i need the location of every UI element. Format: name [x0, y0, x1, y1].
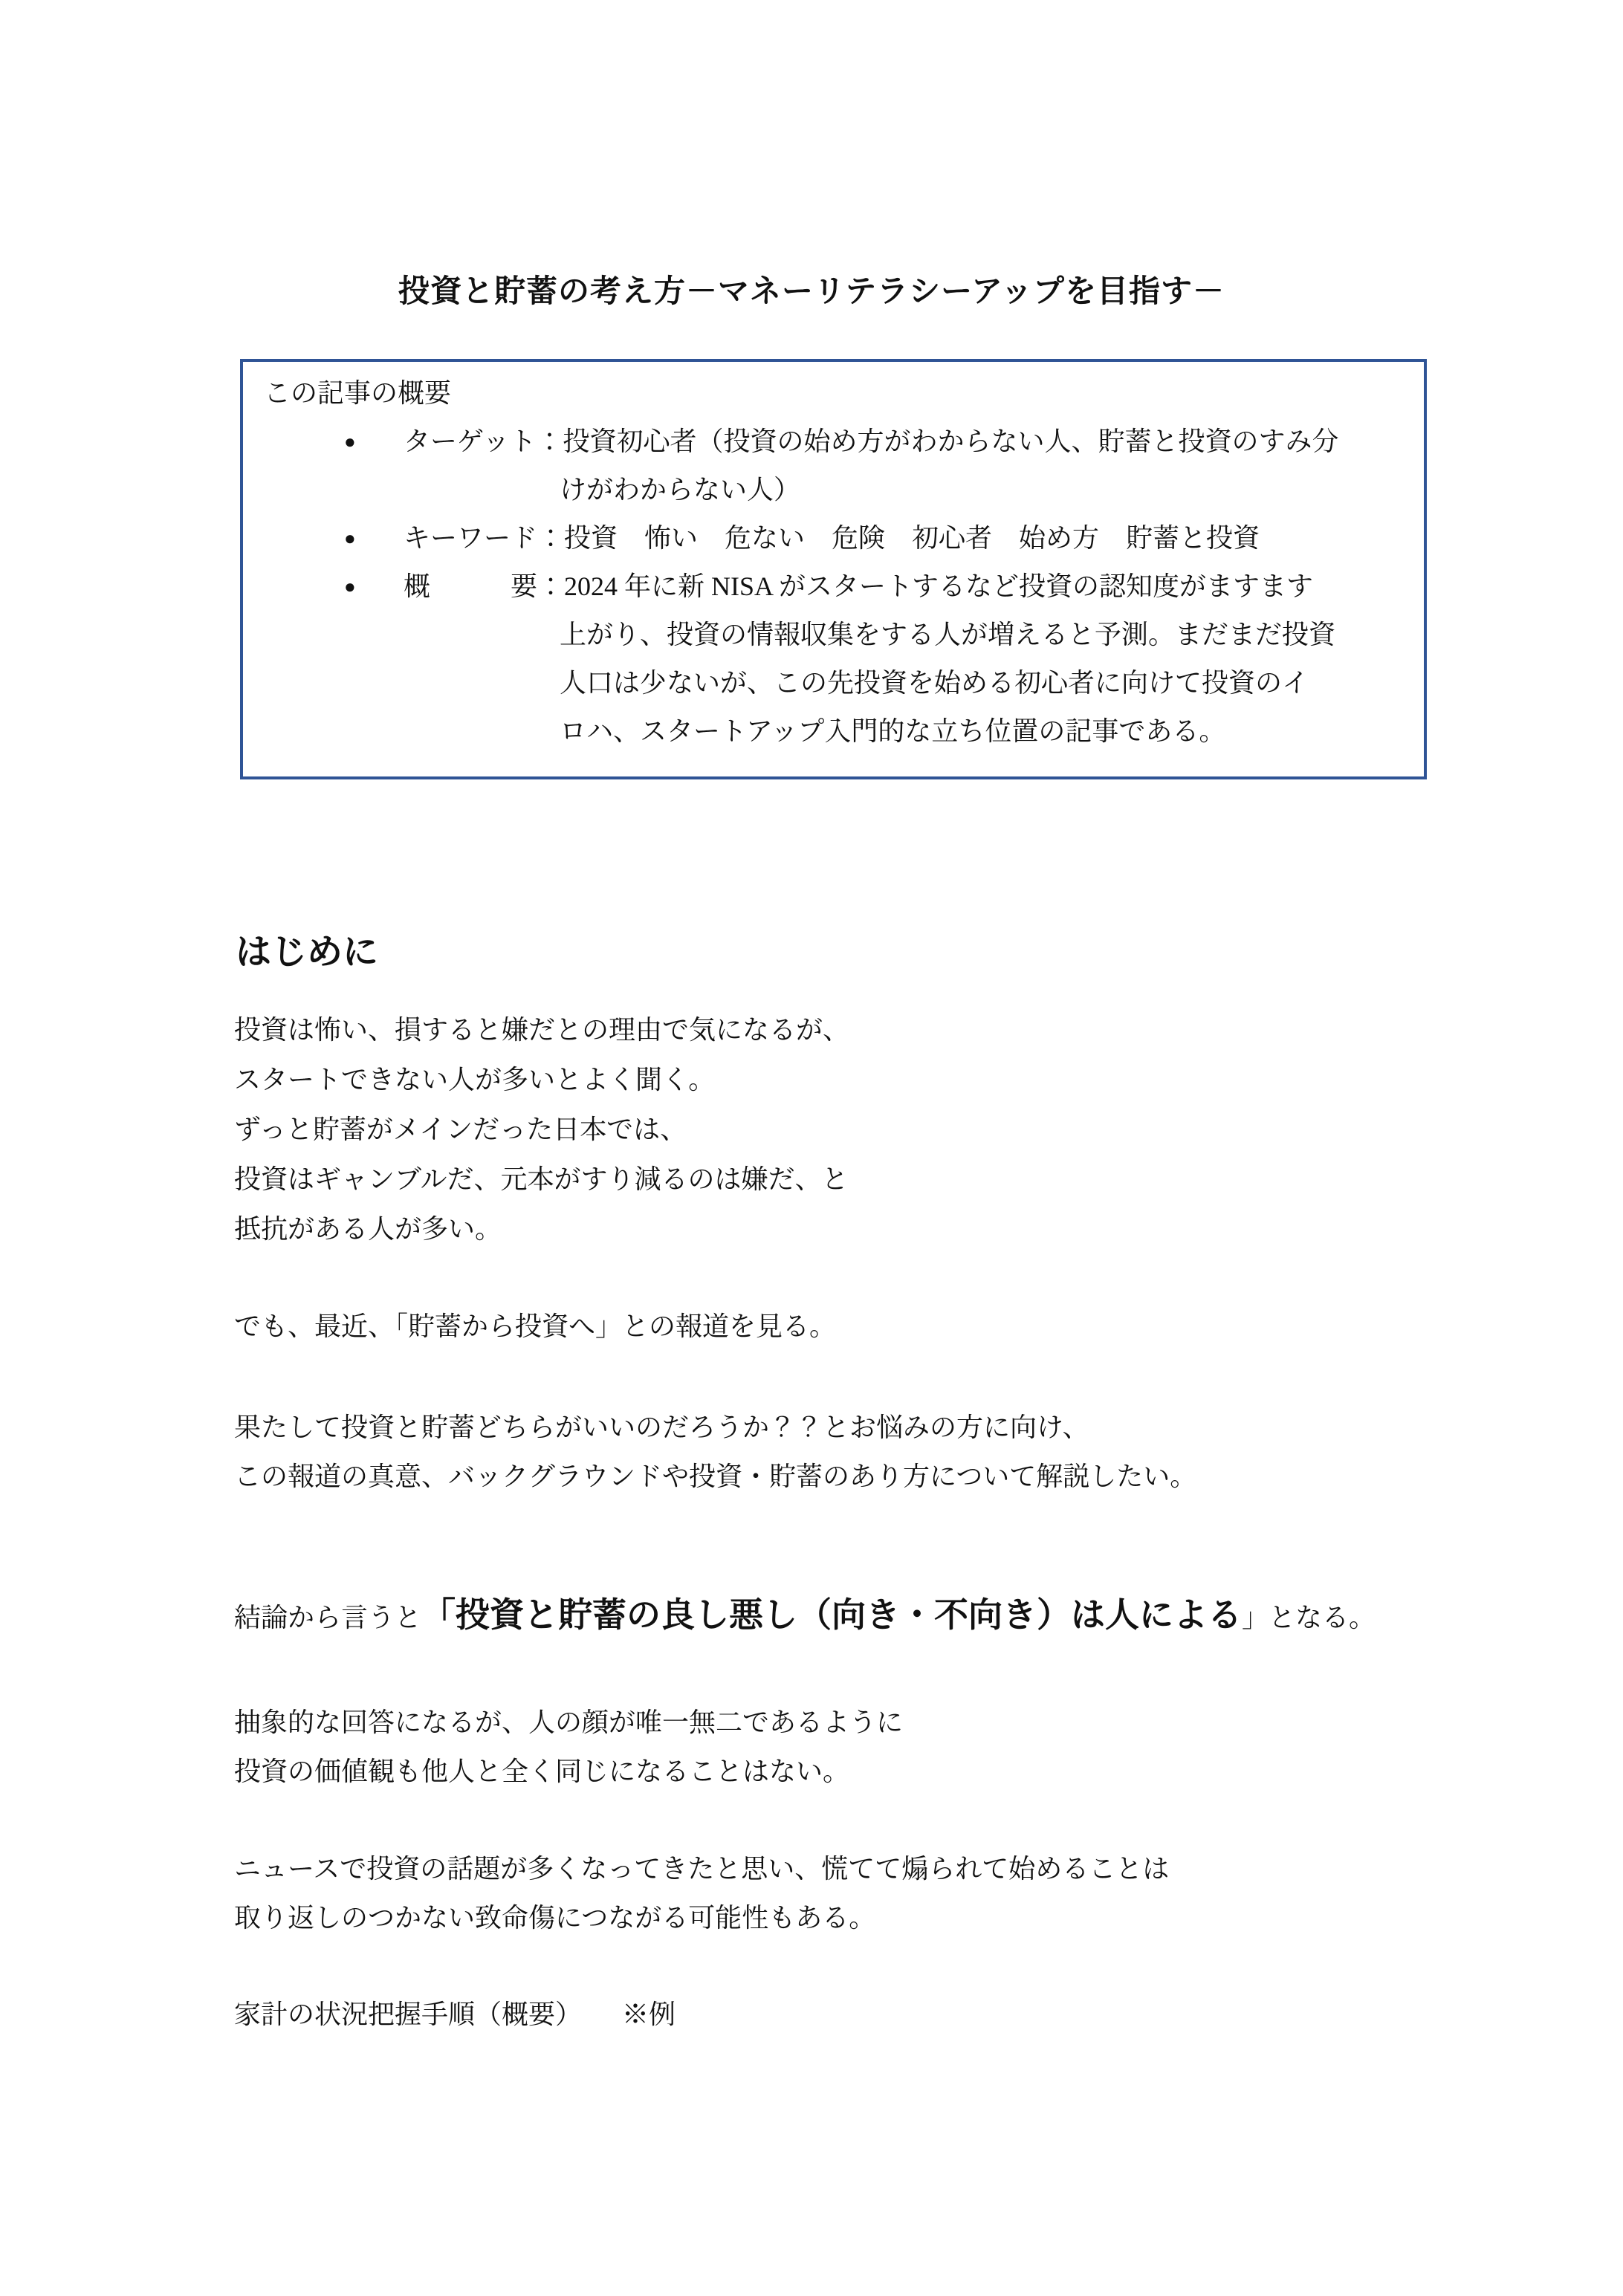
article-summary-box: この記事の概要 ● ターゲット：投資初心者（投資の始め方がわからない人、貯蓄と投… [240, 359, 1427, 779]
intro-paragraph-2: でも、最近、「貯蓄から投資へ」との報道を見る。 [234, 1302, 836, 1352]
intro-paragraph-1: 投資は怖い、損すると嫌だとの理由で気になるが、 スタートできない人が多いとよく聞… [234, 1005, 849, 1254]
document-page: 投資と貯蓄の考え方－マネーリテラシーアップを目指す－ この記事の概要 ● ターゲ… [0, 0, 1623, 2296]
intro-paragraph-3: 果たして投資と貯蓄どちらがいいのだろうか？？とお悩みの方に向け、 この報道の真意… [234, 1403, 1196, 1501]
text-line: 投資はギャンブルだ、元本がすり減るのは嫌だ、と [234, 1155, 849, 1204]
bullet-target-cont-line: けがわからない人） [560, 466, 1403, 514]
conclusion-statement: 結論から言うと「投資と貯蓄の良し悪し（向き・不向き）は人による」となる。 [234, 1593, 1376, 1642]
household-procedure-note: 家計の状況把握手順（概要） ※例 [234, 1990, 676, 2040]
bullet-overview-cont-line-1: 上がり、投資の情報収集をする人が増えると予測。まだまだ投資 [560, 611, 1403, 659]
bullet-item-overview: ● 概 要：2024 年に新 NISA がスタートするなど投資の認知度がますます [264, 562, 1403, 611]
section-heading-intro: はじめに [236, 930, 378, 975]
intro-paragraph-5: ニュースで投資の話題が多くなってきたと思い、慌てて煽られて始めることは 取り返し… [234, 1844, 1169, 1942]
bullet-item-target: ● ターゲット：投資初心者（投資の始め方がわからない人、貯蓄と投資のすみ分 [264, 418, 1403, 466]
text-line: 果たして投資と貯蓄どちらがいいのだろうか？？とお悩みの方に向け、 [234, 1403, 1196, 1452]
text-line: 投資は怖い、損すると嫌だとの理由で気になるが、 [234, 1005, 849, 1055]
text-line: でも、最近、「貯蓄から投資へ」との報道を見る。 [234, 1302, 836, 1352]
conclusion-suffix: 」となる。 [1242, 1603, 1376, 1632]
bullet-icon: ● [344, 514, 404, 562]
text-line: 家計の状況把握手順（概要） ※例 [234, 1990, 676, 2040]
bullet-overview-line: 概 要：2024 年に新 NISA がスタートするなど投資の認知度がますます [404, 562, 1403, 611]
text-line: この報道の真意、バックグラウンドや投資・貯蓄のあり方について解説したい。 [234, 1452, 1196, 1501]
bullet-keyword-line: キーワード：投資 怖い 危ない 危険 初心者 始め方 貯蓄と投資 [404, 514, 1403, 562]
document-title: 投資と貯蓄の考え方－マネーリテラシーアップを目指す－ [0, 269, 1623, 314]
bullet-item-keyword: ● キーワード：投資 怖い 危ない 危険 初心者 始め方 貯蓄と投資 [264, 514, 1403, 562]
text-line: 取り返しのつかない致命傷につながる可能性もある。 [234, 1893, 1169, 1942]
conclusion-emphasis: 「投資と貯蓄の良し悪し（向き・不向き）は人による [421, 1595, 1242, 1634]
intro-paragraph-4: 抽象的な回答になるが、人の顔が唯一無二であるように 投資の価値観も他人と全く同じ… [234, 1698, 903, 1796]
bullet-icon: ● [344, 562, 404, 611]
summary-box-heading: この記事の概要 [264, 369, 1403, 418]
text-line: ずっと貯蓄がメインだった日本では、 [234, 1105, 849, 1155]
bullet-overview-cont-line-3: ロハ、スタートアップ入門的な立ち位置の記事である。 [560, 707, 1403, 756]
conclusion-prefix: 結論から言うと [234, 1603, 421, 1632]
bullet-overview-cont-line-2: 人口は少ないが、この先投資を始める初心者に向けて投資のイ [560, 659, 1403, 707]
text-line: 抽象的な回答になるが、人の顔が唯一無二であるように [234, 1698, 903, 1747]
bullet-target-line: ターゲット：投資初心者（投資の始め方がわからない人、貯蓄と投資のすみ分 [404, 418, 1403, 466]
text-line: ニュースで投資の話題が多くなってきたと思い、慌てて煽られて始めることは [234, 1844, 1169, 1893]
text-line: 抵抗がある人が多い。 [234, 1204, 849, 1254]
text-line: スタートできない人が多いとよく聞く。 [234, 1055, 849, 1105]
text-line: 投資の価値観も他人と全く同じになることはない。 [234, 1747, 903, 1796]
bullet-icon: ● [344, 418, 404, 466]
